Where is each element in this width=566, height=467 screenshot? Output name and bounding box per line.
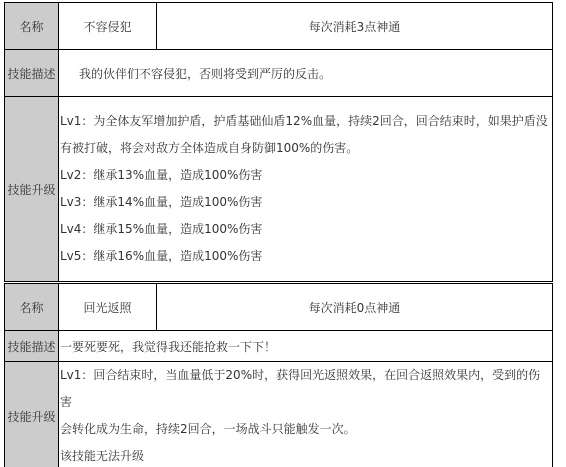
upgrade-line: Lv1：回合结束时，当血量低于20%时，获得回光返照效果，在回合返照效果内，受到… — [60, 362, 552, 416]
skill-upgrades: Lv1：回合结束时，当血量低于20%时，获得回光返照效果，在回合返照效果内，受到… — [59, 362, 553, 467]
upgrade-line: Lv5：继承16%血量，造成100%伤害 — [60, 243, 552, 270]
name-label: 名称 — [5, 3, 59, 50]
upgrade-line: Lv3：继承14%血量，造成100%伤害 — [60, 189, 552, 216]
upgrade-line: Lv2：继承13%血量，造成100%伤害 — [60, 162, 552, 189]
upgrade-label: 技能升级 — [5, 97, 59, 282]
description-label: 技能描述 — [5, 331, 59, 362]
skill-table-1: 名称 不容侵犯 每次消耗3点神通 技能描述 我的伙伴们不容侵犯，否则将受到严厉的… — [4, 2, 553, 282]
upgrade-line: 会转化成为生命，持续2回合，一场战斗只能触发一次。 — [60, 416, 552, 443]
skill-description: 我的伙伴们不容侵犯，否则将受到严厉的反击。 — [59, 50, 553, 97]
skill-cost: 每次消耗3点神通 — [157, 3, 553, 50]
description-label: 技能描述 — [5, 50, 59, 97]
upgrade-line: Lv1：为全体友军增加护盾，护盾基础仙盾12%血量，持续2回合，回合结束时，如果… — [60, 108, 552, 135]
skill-name: 不容侵犯 — [59, 3, 157, 50]
skill-description: 一要死要死，我觉得我还能抢救一下下！ — [59, 331, 553, 362]
upgrade-line: 有被打破，将会对敌方全体造成自身防御100%的伤害。 — [60, 135, 552, 162]
skill-name: 回光返照 — [59, 284, 157, 331]
skill-table-2: 名称 回光返照 每次消耗0点神通 技能描述 一要死要死，我觉得我还能抢救一下下！… — [4, 283, 553, 467]
name-label: 名称 — [5, 284, 59, 331]
upgrade-line: Lv4：继承15%血量，造成100%伤害 — [60, 216, 552, 243]
upgrade-label: 技能升级 — [5, 362, 59, 467]
skill-upgrades: Lv1：为全体友军增加护盾，护盾基础仙盾12%血量，持续2回合，回合结束时，如果… — [59, 97, 553, 282]
skill-cost: 每次消耗0点神通 — [157, 284, 553, 331]
upgrade-line: 该技能无法升级 — [60, 443, 552, 467]
